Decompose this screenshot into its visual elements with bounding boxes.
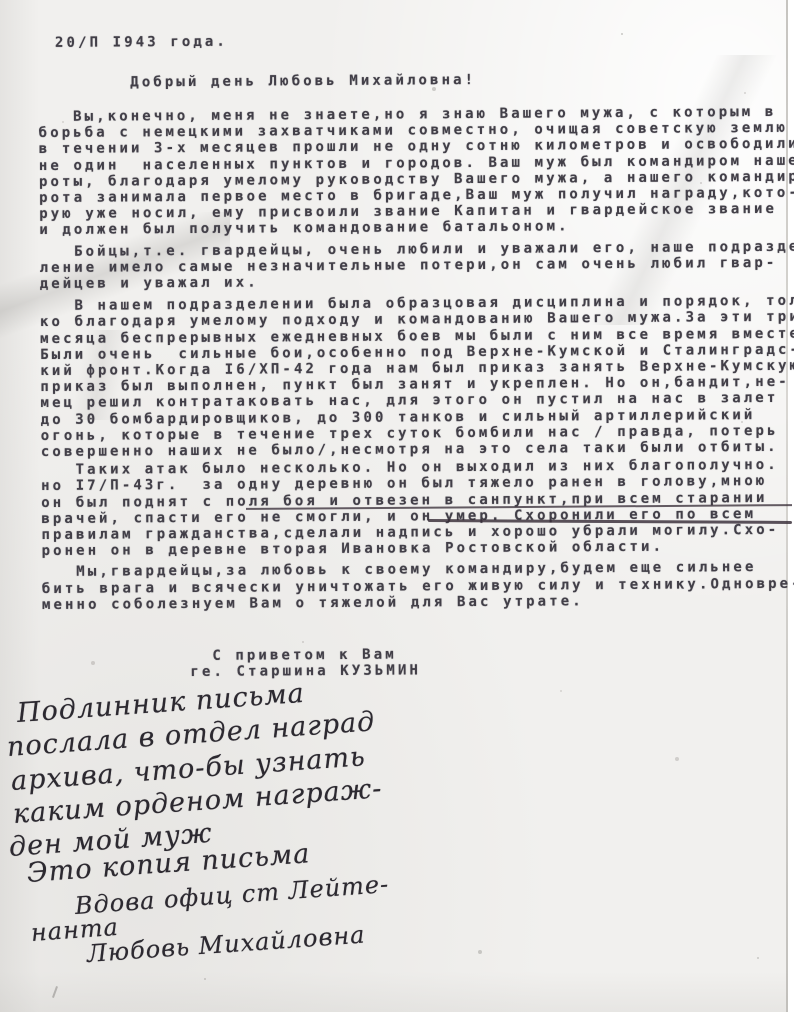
paper-speckles	[0, 0, 2, 2]
letter-body: Вы,конечно, меня не знаете,но я знаю Ваш…	[38, 104, 794, 614]
letter-greeting: Добрый день Любовь Михайловна!	[130, 72, 476, 91]
signature-block: С приветом к Вам ге. Старшина КУЗЬМИН	[190, 646, 421, 680]
signature-line: С приветом к Вам	[212, 646, 421, 664]
signature-line: ге. Старшина КУЗЬМИН	[190, 663, 421, 681]
scanned-letter-page: { "letter": { "date": "20/П I943 года.",…	[0, 0, 794, 1012]
letter-date: 20/П I943 года.	[55, 34, 228, 51]
